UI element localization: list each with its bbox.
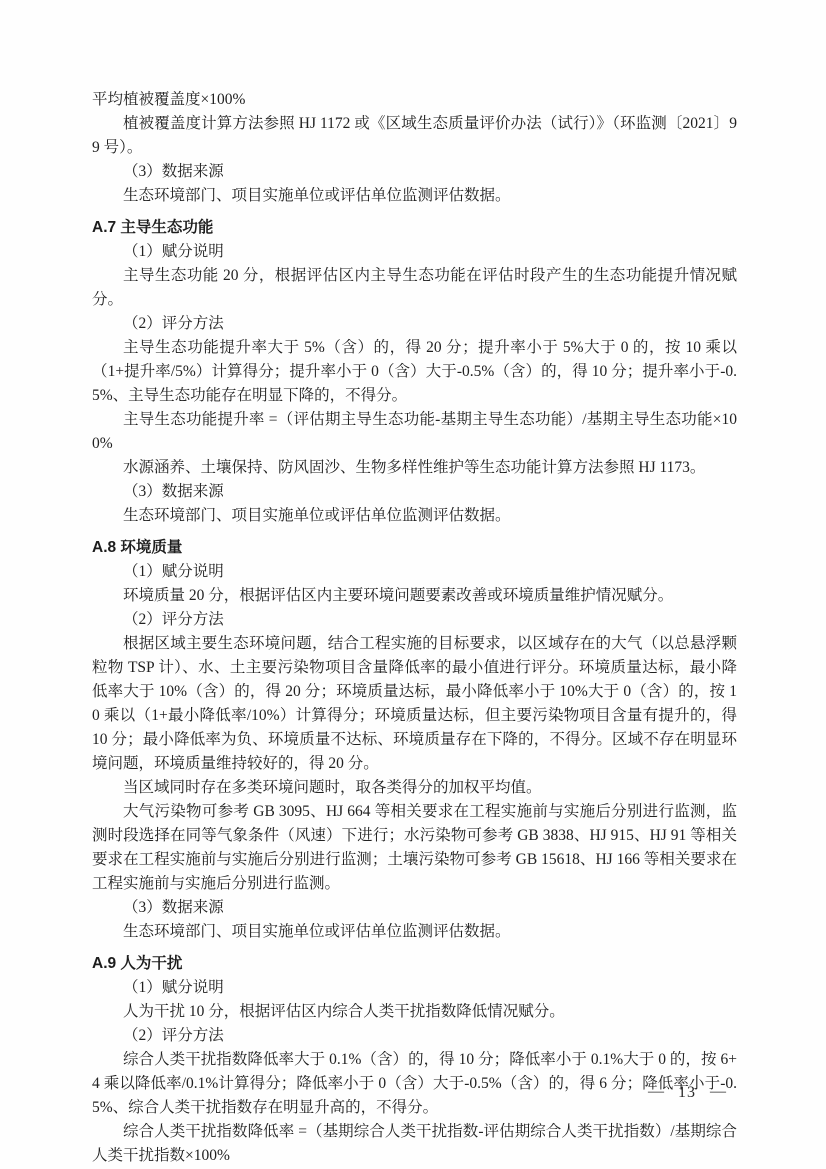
paragraph: 当区域同时存在多类环境问题时，取各类得分的加权平均值。 [92, 776, 737, 800]
footer-dash-left: — [648, 1083, 664, 1101]
list-item-data-source: （3）数据来源 [92, 896, 737, 920]
formula: 主导生态功能提升率 =（评估期主导生态功能-基期主导生态功能）/基期主导生态功能… [92, 408, 737, 456]
formula-continuation: 平均植被覆盖度×100% [92, 88, 737, 112]
paragraph: 主导生态功能 20 分，根据评估区内主导生态功能在评估时段产生的生态功能提升情况… [92, 264, 737, 312]
list-item-scoring-method: （2）评分方法 [92, 1024, 737, 1048]
paragraph: 生态环境部门、项目实施单位或评估单位监测评估数据。 [92, 184, 737, 208]
paragraph: 人为干扰 10 分，根据评估区内综合人类干扰指数降低情况赋分。 [92, 1000, 737, 1024]
paragraph: 植被覆盖度计算方法参照 HJ 1172 或《区域生态质量评价办法（试行）》（环监… [92, 112, 737, 160]
list-item-scoring-method: （2）评分方法 [92, 312, 737, 336]
list-item-scoring-note: （1）赋分说明 [92, 240, 737, 264]
page-number: 13 [678, 1084, 696, 1102]
formula: 综合人类干扰指数降低率 =（基期综合人类干扰指数-评估期综合人类干扰指数）/基期… [92, 1120, 737, 1168]
section-heading-a9: A.9 人为干扰 [92, 952, 737, 976]
paragraph: 生态环境部门、项目实施单位或评估单位监测评估数据。 [92, 920, 737, 944]
paragraph: 生态环境部门、项目实施单位或评估单位监测评估数据。 [92, 504, 737, 528]
list-item-data-source: （3）数据来源 [92, 480, 737, 504]
list-item-scoring-note: （1）赋分说明 [92, 560, 737, 584]
list-item-scoring-note: （1）赋分说明 [92, 976, 737, 1000]
list-item-data-source: （3）数据来源 [92, 160, 737, 184]
document-page: 平均植被覆盖度×100% 植被覆盖度计算方法参照 HJ 1172 或《区域生态质… [0, 0, 826, 1169]
section-heading-a8: A.8 环境质量 [92, 536, 737, 560]
section-heading-a7: A.7 主导生态功能 [92, 216, 737, 240]
paragraph: 水源涵养、土壤保持、防风固沙、生物多样性维护等生态功能计算方法参照 HJ 117… [92, 456, 737, 480]
paragraph: 环境质量 20 分，根据评估区内主要环境问题要素改善或环境质量维护情况赋分。 [92, 584, 737, 608]
paragraph: 大气污染物可参考 GB 3095、HJ 664 等相关要求在工程实施前与实施后分… [92, 800, 737, 896]
page-footer: —13— [634, 1084, 740, 1102]
list-item-scoring-method: （2）评分方法 [92, 608, 737, 632]
document-body: 平均植被覆盖度×100% 植被覆盖度计算方法参照 HJ 1172 或《区域生态质… [92, 88, 737, 1168]
footer-dash-right: — [710, 1083, 726, 1101]
paragraph: 根据区域主要生态环境问题，结合工程实施的目标要求，以区域存在的大气（以总悬浮颗粒… [92, 632, 737, 776]
paragraph: 主导生态功能提升率大于 5%（含）的，得 20 分；提升率小于 5%大于 0 的… [92, 336, 737, 408]
